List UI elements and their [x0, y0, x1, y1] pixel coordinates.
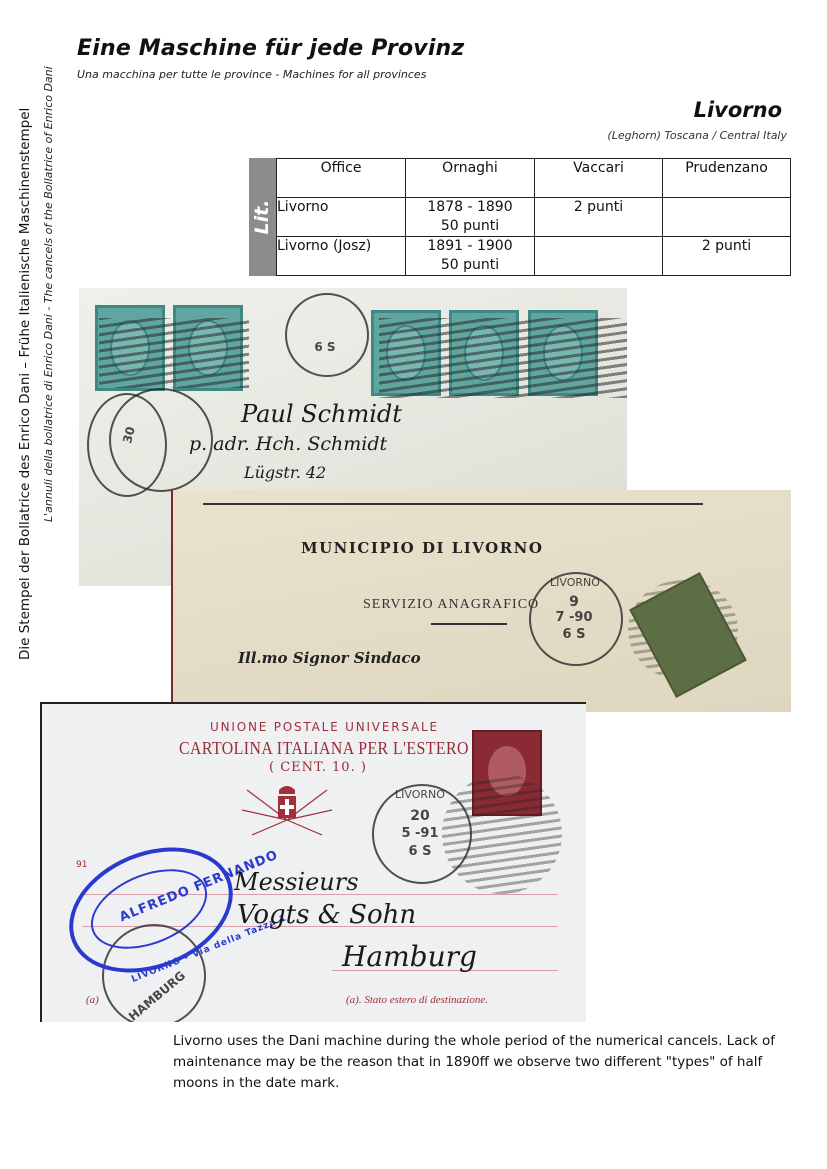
header-vaccari: Vaccari	[535, 159, 663, 198]
lit-side-label: Lit.	[249, 158, 276, 276]
postmark-day: 9	[554, 594, 594, 610]
postmark-day: 20	[400, 808, 440, 824]
postmark-town: LIVORNO	[545, 576, 605, 589]
page-title: Eine Maschine für jede Provinz	[77, 36, 464, 61]
ornaghi-years: 1891 - 1900	[406, 237, 534, 256]
ornaghi-points: 50 punti	[406, 256, 534, 275]
postmark-town: LIVORNO	[390, 788, 450, 801]
cell-vaccari	[535, 237, 663, 276]
card-heading: MUNICIPIO DI LIVORNO	[301, 539, 543, 557]
nb-note: N.B. Sul lato anteriore si scrive soltan…	[40, 759, 43, 964]
postmark-date: 5 -91	[390, 826, 450, 841]
address-line: Vogts & Sohn	[237, 900, 416, 930]
card-addressee: Ill.mo Signor Sindaco	[238, 649, 421, 667]
description-text: Livorno uses the Dani machine during the…	[173, 1031, 803, 1094]
ornaghi-points: 50 punti	[406, 217, 534, 236]
numeral-cancel	[379, 318, 627, 398]
address-line: Lügstr. 42	[244, 463, 326, 482]
table-header-row: Office Ornaghi Vaccari Prudenzano	[277, 159, 791, 198]
table-row: Livorno 1878 - 1890 50 punti 2 punti	[277, 198, 791, 237]
cell-office: Livorno (Josz)	[277, 237, 406, 276]
address-line: Messieurs	[234, 868, 359, 896]
postmark-date: 7 -90	[544, 610, 604, 625]
footnote: (a). Stato estero di destinazione.	[346, 994, 488, 1006]
numeral-cancel	[99, 318, 249, 388]
region-name: Livorno	[694, 98, 782, 122]
rule-line	[431, 623, 507, 625]
header-ornaghi: Ornaghi	[406, 159, 535, 198]
cell-ornaghi: 1891 - 1900 50 punti	[406, 237, 535, 276]
postmark-time: 6 S	[305, 340, 345, 354]
municipio-card-image: MUNICIPIO DI LIVORNO SERVIZIO ANAGRAFICO…	[171, 490, 791, 712]
printer-number: 91	[76, 860, 87, 870]
address-line: Paul Schmidt	[241, 400, 402, 428]
card-subheading: SERVIZIO ANAGRAFICO	[363, 597, 539, 613]
header-office: Office	[277, 159, 406, 198]
lit-label-text: Lit.	[249, 158, 276, 276]
region-detail: (Leghorn) Toscana / Central Italy	[607, 129, 787, 142]
cancel-rarity-table: Office Ornaghi Vaccari Prudenzano Livorn…	[276, 158, 791, 276]
cell-vaccari: 2 punti	[535, 198, 663, 237]
cell-office: Livorno	[277, 198, 406, 237]
header-prudenzano: Prudenzano	[663, 159, 791, 198]
cell-prudenzano	[663, 198, 791, 237]
postmark-time: 6 S	[554, 627, 594, 642]
side-title-sub: L'annuli della bollatrice di Enrico Dani…	[42, 66, 55, 522]
cell-ornaghi: 1878 - 1890 50 punti	[406, 198, 535, 237]
table-row: Livorno (Josz) 1891 - 1900 50 punti 2 pu…	[277, 237, 791, 276]
address-line: p. adr. Hch. Schmidt	[189, 433, 387, 455]
postcard-to-hamburg-image: N.B. Sul lato anteriore si scrive soltan…	[40, 702, 586, 1022]
card-value: ( CENT. 10. )	[269, 760, 367, 775]
address-line: Hamburg	[342, 940, 477, 973]
footnote-marker: (a)	[86, 994, 99, 1006]
card-heading: CARTOLINA ITALIANA PER L'ESTERO	[179, 738, 469, 759]
page-subtitle: Una macchina per tutte le province - Mac…	[77, 68, 426, 81]
savoy-emblem-icon	[242, 780, 332, 854]
date-postmark	[285, 293, 369, 377]
side-title-main: Die Stempel der Bollatrice des Enrico Da…	[17, 108, 33, 660]
postmark-time: 6 S	[400, 844, 440, 859]
cell-prudenzano: 2 punti	[663, 237, 791, 276]
ornaghi-years: 1878 - 1890	[406, 198, 534, 217]
rule-line	[203, 503, 703, 505]
upu-heading: UNIONE POSTALE UNIVERSALE	[210, 720, 439, 734]
